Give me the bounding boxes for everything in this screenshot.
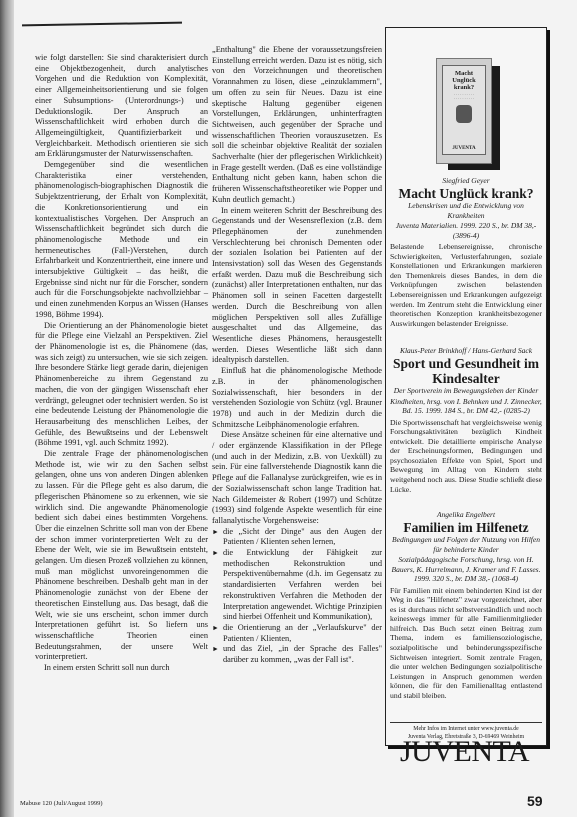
book-review: Klaus-Peter Brinkhoff / Hans-Gerhard Sac… [390, 346, 542, 494]
book-subtitle: Der Sportverein im Bewegungsleben der Ki… [390, 386, 542, 396]
article-column-1: wie folgt darstellen: Sie sind charakter… [35, 53, 208, 674]
book-meta: Juventa Materialien. 1999. 220 S., br. D… [390, 221, 542, 240]
book-description: Die Sportwissenschaft hat vergleichsweis… [390, 418, 542, 495]
book-cover-image: Macht Unglück krank? · · · · · · · · · ·… [436, 58, 496, 168]
page-number: 59 [527, 793, 543, 809]
book-meta: Kindheiten, hrsg. von I. Behnken und J. … [390, 397, 542, 416]
book-review: Siegfried Geyer Macht Unglück krank? Leb… [390, 176, 542, 328]
arrow-bullet-icon: ► [212, 527, 219, 548]
paragraph: „Enthaltung" die Ebene der voraussetzung… [212, 45, 382, 206]
arrow-bullet-icon: ► [212, 644, 219, 665]
cover-illustration [456, 105, 472, 123]
bullet-item: ►und das Ziel, „in der Sprache des Falle… [212, 644, 382, 665]
paragraph: Demgegenüber sind die wesentlichen Chara… [35, 160, 208, 321]
bullet-item: ►die Entwicklung der Fähigkeit zur metho… [212, 548, 382, 623]
bullet-item: ►die „Sicht der Dinge" aus den Augen der… [212, 527, 382, 548]
paragraph: Diese Ansätze scheinen für eine alternat… [212, 430, 382, 526]
book-description: Belastende Lebensereignisse, chronische … [390, 242, 542, 328]
page-binding-shadow [0, 0, 14, 817]
arrow-bullet-icon: ► [212, 548, 219, 623]
publisher-logo: JUVENTA [400, 735, 529, 769]
paragraph: Die Orientierung an der Phänomenologie b… [35, 321, 208, 449]
paragraph: In einem weiteren Schritt der Beschreibu… [212, 206, 382, 367]
arrow-bullet-icon: ► [212, 623, 219, 644]
article-column-2: „Enthaltung" die Ebene der voraussetzung… [212, 45, 382, 666]
book-author: Klaus-Peter Brinkhoff / Hans-Gerhard Sac… [390, 346, 542, 356]
paragraph: Einfluß hat die phänomenologische Method… [212, 366, 382, 430]
paragraph: wie folgt darstellen: Sie sind charakter… [35, 53, 208, 160]
book-description: Für Familien mit einem behinderten Kind … [390, 586, 542, 701]
book-title: Sport und Gesundheit im Kindesalter [390, 356, 542, 386]
book-author: Siegfried Geyer [390, 176, 542, 186]
issue-footer: Mabuse 120 (Juli/August 1999) [20, 800, 103, 807]
book-subtitle: Lebenskrisen und die Entwicklung von Kra… [390, 201, 542, 220]
book-subtitle: Bedingungen und Folgen der Nutzung von H… [390, 535, 542, 554]
book-title: Macht Unglück krank? [390, 186, 542, 201]
book-author: Angelika Engelbert [390, 510, 542, 520]
bullet-item: ►die Orientierung an der „Verlaufskurve"… [212, 623, 382, 644]
paragraph: In einem ersten Schritt soll nun durch [35, 663, 208, 674]
book-review: Angelika Engelbert Familien im Hilfenetz… [390, 510, 542, 701]
book-meta: Sozialpädagogische Forschung, hrsg. von … [390, 555, 542, 584]
paragraph: Die zentrale Frage der phänomenologische… [35, 449, 208, 663]
book-title: Familien im Hilfenetz [390, 520, 542, 535]
publisher-advertisement: Macht Unglück krank? · · · · · · · · · ·… [385, 27, 547, 746]
